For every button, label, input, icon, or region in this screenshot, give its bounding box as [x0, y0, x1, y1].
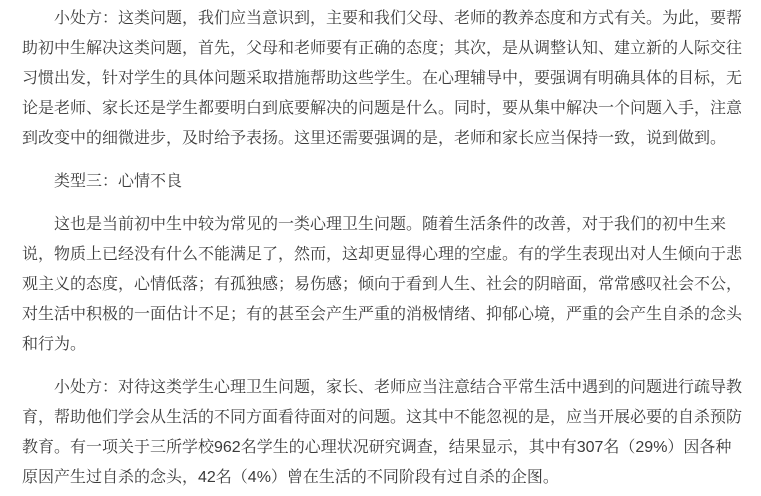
heading-type-three-bad-mood: 类型三：心情不良: [22, 167, 743, 197]
paragraph-prescription-suicide-prevention: 小处方：对待这类学生心理卫生问题，家长、老师应当注意结合平常生活中遇到的问题进行…: [22, 373, 743, 493]
paragraph-bad-mood-description: 这也是当前初中生中较为常见的一类心理卫生问题。随着生活条件的改善，对于我们的初中…: [22, 210, 743, 360]
document-page: 小处方：这类问题，我们应当意识到，主要和我们父母、老师的教养态度和方式有关。为此…: [0, 0, 761, 496]
paragraph-prescription-interpersonal: 小处方：这类问题，我们应当意识到，主要和我们父母、老师的教养态度和方式有关。为此…: [22, 4, 743, 154]
